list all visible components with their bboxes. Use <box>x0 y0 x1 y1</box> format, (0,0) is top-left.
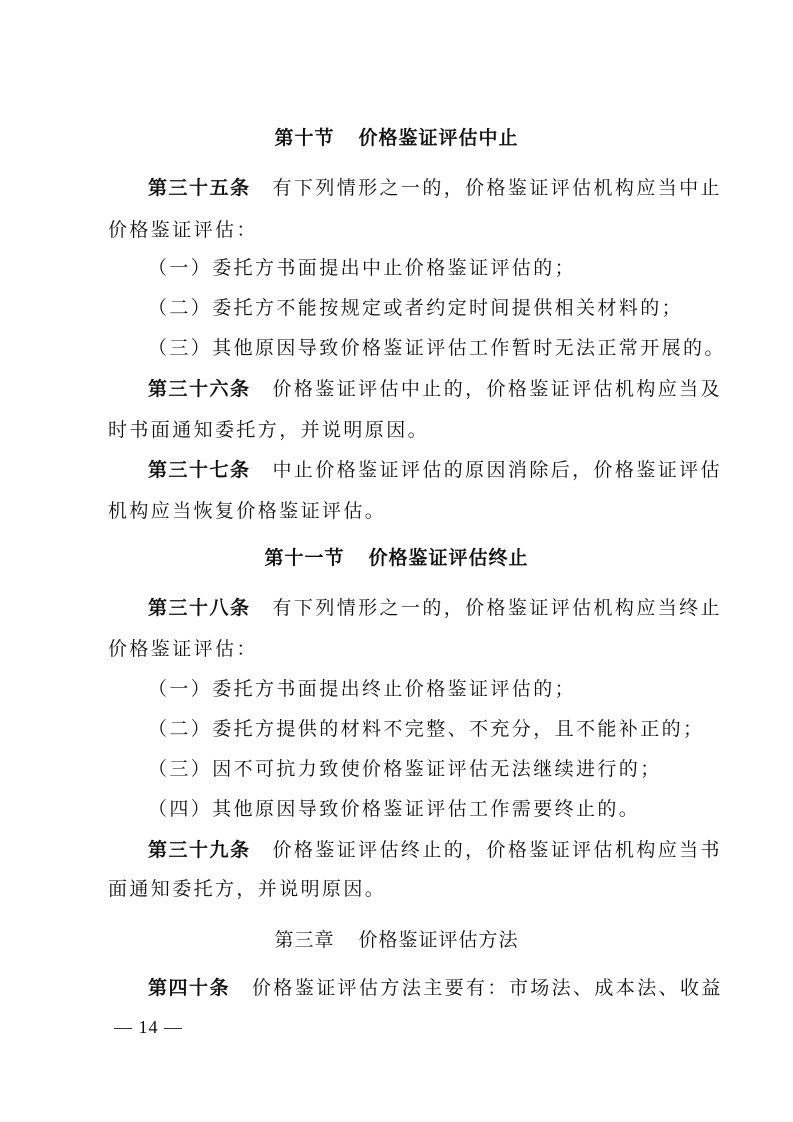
section-number: 第十节 <box>274 127 334 149</box>
article-label: 第三十九条 <box>148 839 251 861</box>
article-36-line-1: 第三十六条价格鉴证评估中止的，价格鉴证评估机构应当及 <box>148 377 730 401</box>
article-37-line-2: 机构应当恢复价格鉴证评估。 <box>108 499 690 523</box>
article-36-line-2: 时书面通知委托方，并说明原因。 <box>108 418 690 442</box>
chapter-title: 价格鉴证评估方法 <box>359 929 519 951</box>
article-label: 第三十八条 <box>148 597 251 619</box>
article-35-line-1: 第三十五条有下列情形之一的，价格鉴证评估机构应当中止 <box>148 176 730 200</box>
section-heading-11: 第十一节价格鉴证评估终止 <box>0 546 793 570</box>
article-label: 第四十条 <box>148 977 230 999</box>
article-text: 有下列情形之一的，价格鉴证评估机构应当中止 <box>273 177 722 199</box>
article-35-line-2: 价格鉴证评估： <box>108 218 690 242</box>
chapter-heading-3: 第三章价格鉴证评估方法 <box>0 928 793 952</box>
article-39-line-2: 面通知委托方，并说明原因。 <box>108 877 690 901</box>
list-item: （三）因不可抗力致使价格鉴证评估无法继续进行的； <box>148 757 730 781</box>
article-text: 有下列情形之一的，价格鉴证评估机构应当终止 <box>273 597 722 619</box>
list-item: （一）委托方书面提出终止价格鉴证评估的； <box>148 677 730 701</box>
article-40-line-1: 第四十条价格鉴证评估方法主要有：市场法、成本法、收益 <box>148 976 730 1000</box>
article-38-line-1: 第三十八条有下列情形之一的，价格鉴证评估机构应当终止 <box>148 596 730 620</box>
page-number: — 14 — <box>114 1016 183 1038</box>
list-item: （三）其他原因导致价格鉴证评估工作暂时无法正常开展的。 <box>148 336 730 360</box>
article-38-line-2: 价格鉴证评估： <box>108 637 690 661</box>
list-item: （一）委托方书面提出中止价格鉴证评估的； <box>148 256 730 280</box>
article-text: 价格鉴证评估方法主要有：市场法、成本法、收益 <box>252 977 723 999</box>
chapter-number: 第三章 <box>274 929 334 951</box>
article-text: 中止价格鉴证评估的原因消除后，价格鉴证评估 <box>273 459 722 481</box>
article-39-line-1: 第三十九条价格鉴证评估终止的，价格鉴证评估机构应当书 <box>148 838 730 862</box>
list-item: （二）委托方提供的材料不完整、不充分，且不能补正的； <box>148 717 730 741</box>
section-title: 价格鉴证评估中止 <box>359 127 519 149</box>
section-title: 价格鉴证评估终止 <box>369 547 529 569</box>
article-label: 第三十六条 <box>148 378 251 400</box>
list-item: （四）其他原因导致价格鉴证评估工作需要终止的。 <box>148 797 730 821</box>
article-label: 第三十五条 <box>148 177 251 199</box>
article-text: 价格鉴证评估终止的，价格鉴证评估机构应当书 <box>273 839 722 861</box>
article-37-line-1: 第三十七条中止价格鉴证评估的原因消除后，价格鉴证评估 <box>148 458 730 482</box>
list-item: （二）委托方不能按规定或者约定时间提供相关材料的； <box>148 296 730 320</box>
article-label: 第三十七条 <box>148 459 251 481</box>
section-heading-10: 第十节价格鉴证评估中止 <box>0 126 793 150</box>
section-number: 第十一节 <box>264 547 344 569</box>
article-text: 价格鉴证评估中止的，价格鉴证评估机构应当及 <box>273 378 722 400</box>
